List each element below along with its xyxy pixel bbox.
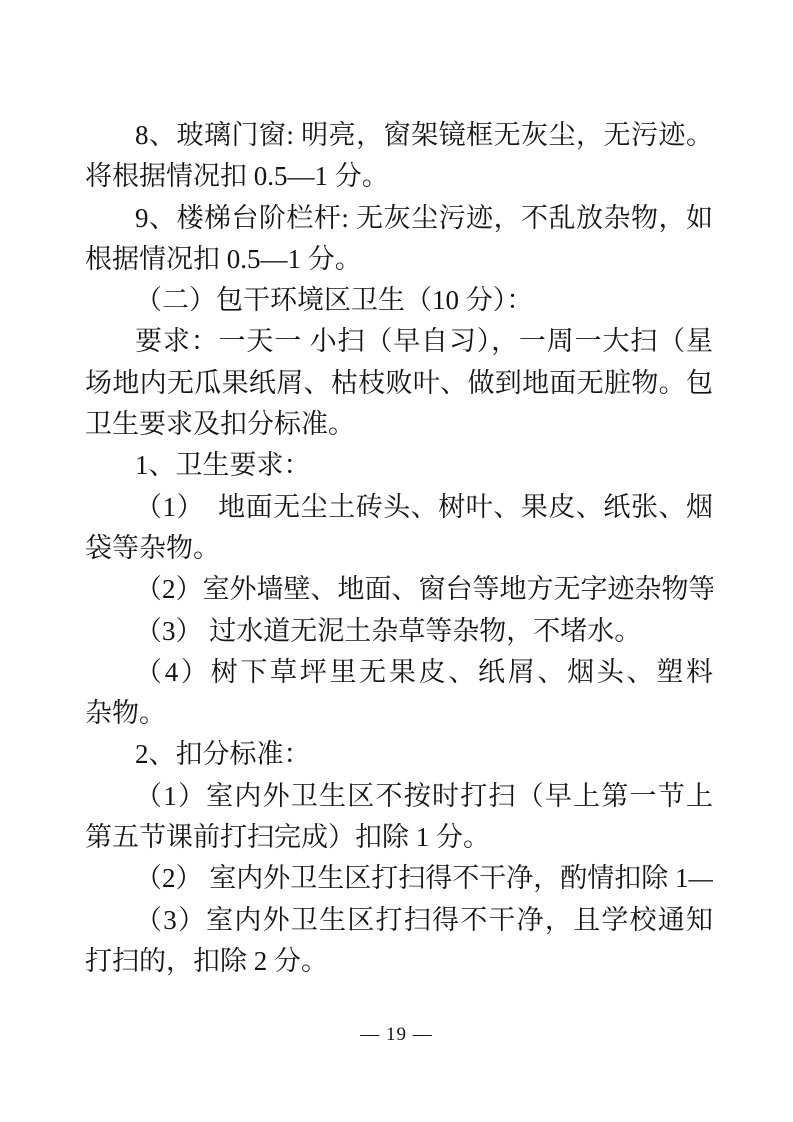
text-line: （1）室内外卫生区不按时打扫（早上第一节上课前，中午	[85, 776, 713, 817]
text-line: 9、楼梯台阶栏杆: 无灰尘污迹，不乱放杂物，如有问题将	[85, 198, 713, 239]
page-footer: — 19 —	[0, 1024, 793, 1046]
text-line: （1） 地面无尘土砖头、树叶、果皮、纸张、烟头、塑料	[85, 487, 713, 528]
text-line: 1、卫生要求：	[85, 445, 713, 486]
text-line: 将根据情况扣 0.5—1 分。	[85, 156, 713, 197]
text-line: 袋等杂物。	[85, 528, 713, 569]
text-line: 打扫的，扣除 2 分。	[85, 941, 713, 982]
text-line: 8、玻璃门窗: 明亮，窗架镜框无灰尘，无污迹。如有问题	[85, 115, 713, 156]
text-line: （2） 室内外卫生区打扫得不干净，酌情扣除 1—5 分。	[85, 858, 713, 899]
text-line: 场地内无瓜果纸屑、枯枝败叶、做到地面无脏物。包干环境区	[85, 363, 713, 404]
text-line: （3）室内外卫生区打扫得不干净，且学校通知后仍不及时	[85, 900, 713, 941]
text-line: （2）室外墙壁、地面、窗台等地方无字迹杂物等。	[85, 569, 713, 610]
text-line: 2、扣分标准：	[85, 734, 713, 775]
text-line: （4）树下草坪里无果皮、纸屑、烟头、塑料袋、饮料瓶等	[85, 652, 713, 693]
text-line: 根据情况扣 0.5—1 分。	[85, 239, 713, 280]
text-line: 杂物。	[85, 693, 713, 734]
text-line: （3） 过水道无泥土杂草等杂物，不堵水。	[85, 611, 713, 652]
document-body: 8、玻璃门窗: 明亮，窗架镜框无灰尘，无污迹。如有问题将根据情况扣 0.5—1 …	[85, 115, 713, 982]
page-number: — 19 —	[360, 1024, 433, 1045]
text-line: 要求：一天一 小扫（早自习），一周一大扫（星期四），	[85, 321, 713, 362]
document-page: 8、玻璃门窗: 明亮，窗架镜框无灰尘，无污迹。如有问题将根据情况扣 0.5—1 …	[0, 0, 793, 1122]
text-line: 第五节课前打扫完成）扣除 1 分。	[85, 817, 713, 858]
text-line: 卫生要求及扣分标准。	[85, 404, 713, 445]
text-line: （二）包干环境区卫生（10 分）：	[85, 280, 713, 321]
